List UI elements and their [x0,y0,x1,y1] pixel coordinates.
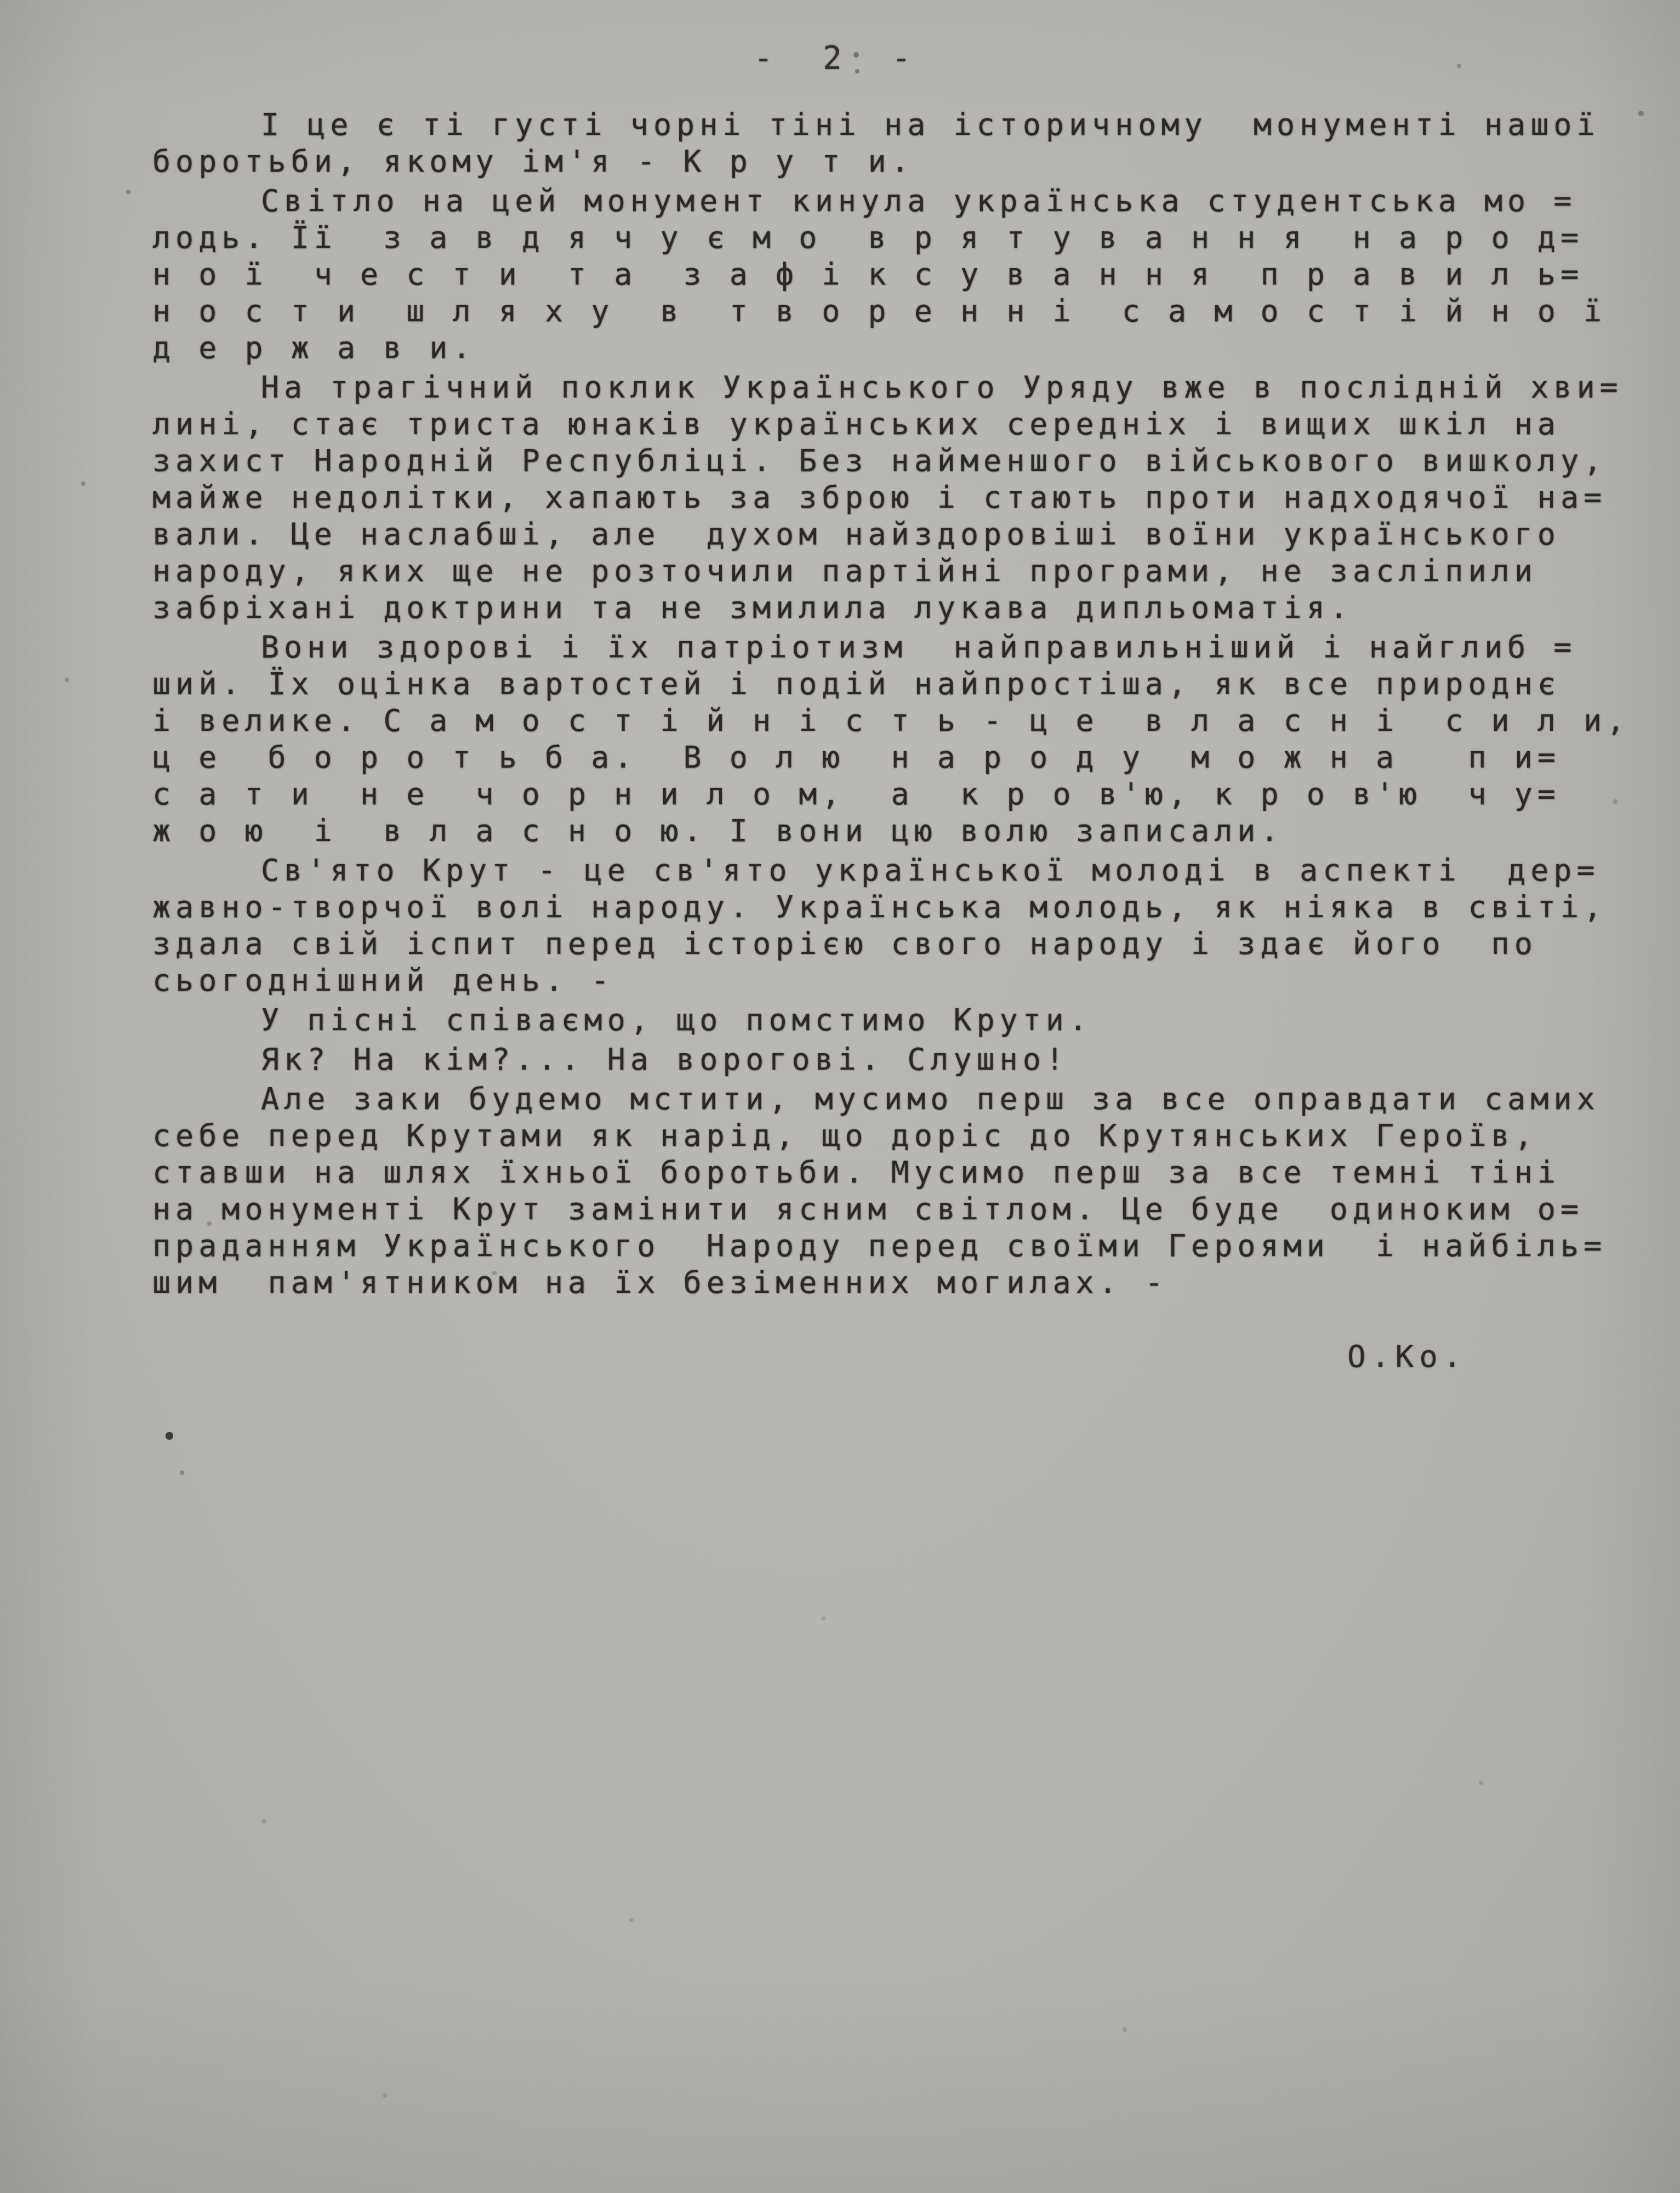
text-line: себе перед Крутами як нарід, що доріс до… [152,1117,1654,1154]
text-line: ц е б о р о т ь б а. В о л ю н а р о д у… [152,739,1654,776]
text-line: Вони здорові і їх патріотизм найправильн… [152,629,1654,666]
paragraph: І це є ті густі чорні тіні на історичном… [152,106,1654,180]
paragraph: Світло на цей монумент кинула українська… [152,183,1654,366]
paper-specks [0,0,2,2]
text-line: жавно-творчої волі народу. Українська мо… [152,889,1654,925]
text-line: н о ї ч е с т и т а з а ф і к с у в а н … [152,256,1654,293]
text-line: вали. Це наслабші, але духом найздоровіш… [152,516,1654,553]
text-line: шим пам'ятником на їх безіменних могилах… [152,1264,1654,1301]
text-line: д е р ж а в и. [152,329,1654,366]
text-line: сьогоднішний день. - [152,962,1654,999]
text-line: І це є ті густі чорні тіні на історичном… [152,106,1654,143]
text-line: У пісні співаємо, що помстимо Крути. [152,1002,1654,1038]
paragraph: У пісні співаємо, що помстимо Крути. [152,1002,1654,1038]
author-initials: О.Ко. [1347,1339,1467,1374]
scanned-document-page: { "page": { "number_label": "- 2 -", "si… [0,0,1680,2193]
text-line: боротьби, якому ім'я - К р у т и. [152,143,1654,180]
text-line: Як? На кім?... На ворогові. Слушно! [152,1041,1654,1078]
text-line: ж о ю і в л а с н о ю. І вони цю волю за… [152,813,1654,849]
text-line: і велике. С а м о с т і й н і с т ь - ц … [152,702,1654,739]
paragraph: Як? На кім?... На ворогові. Слушно! [152,1041,1654,1078]
text-line: здала свій іспит перед історією свого на… [152,925,1654,962]
text-line: ставши на шлях їхньої боротьби. Мусимо п… [152,1154,1654,1191]
paragraph: Але заки будемо мстити, мусимо перш за в… [152,1081,1654,1301]
text-line: ший. Їх оцінка вартостей і подій найпрос… [152,666,1654,702]
text-line: майже недолітки, хапають за зброю і стаю… [152,479,1654,516]
text-line: лині, стає триста юнаків українських сер… [152,406,1654,442]
text-line: праданням Українського Народу перед свої… [152,1228,1654,1264]
text-line: забріхані доктрини та не змилила лукава … [152,589,1654,626]
text-line: Але заки будемо мстити, мусимо перш за в… [152,1081,1654,1117]
text-line: н о с т и ш л я х у в т в о р е н н і с … [152,293,1654,329]
text-line: Св'ято Крут - це св'ято української моло… [152,852,1654,889]
text-line: лодь. Її з а в д я ч у є м о в р я т у в… [152,219,1654,256]
text-line: Світло на цей монумент кинула українська… [152,183,1654,219]
paragraph: Св'ято Крут - це св'ято української моло… [152,852,1654,999]
text-line: захист Народній Республіці. Без найменшо… [152,442,1654,479]
text-line: с а т и н е ч о р н и л о м, а к р о в'ю… [152,776,1654,813]
text-line: На трагічний поклик Українського Уряду в… [152,369,1654,406]
document-body: І це є ті густі чорні тіні на історичном… [152,106,1654,1304]
paragraph: На трагічний поклик Українського Уряду в… [152,369,1654,626]
text-line: народу, яких ще не розточили партійні пр… [152,553,1654,589]
page-number: - 2 - [0,39,1680,77]
paragraph: Вони здорові і їх патріотизм найправильн… [152,629,1654,849]
text-line: на монументі Крут замінити ясним світлом… [152,1191,1654,1228]
